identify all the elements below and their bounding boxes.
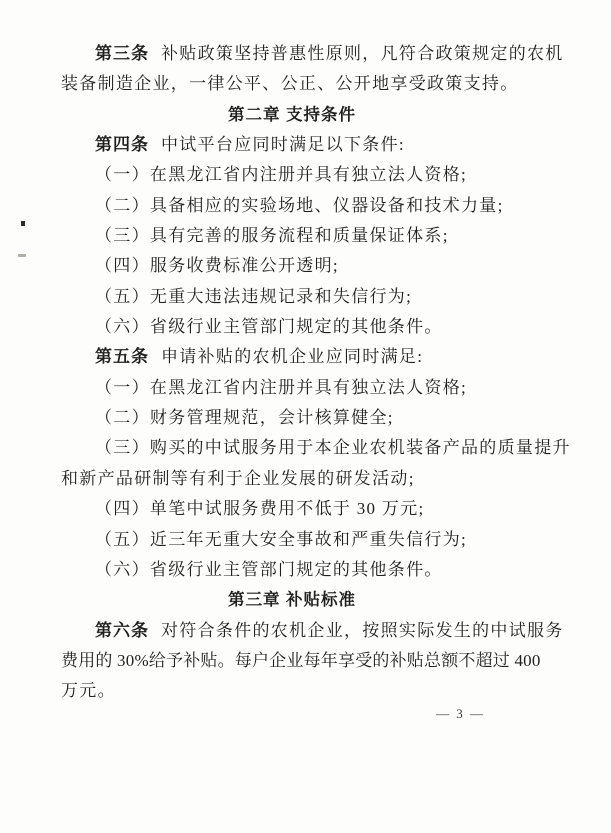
line-text: （一）在黑龙江省内注册并具有独立法人资格; bbox=[95, 165, 467, 184]
document-line: （一）在黑龙江省内注册并具有独立法人资格; bbox=[61, 373, 575, 403]
line-text: （五）无重大违法违规记录和失信行为; bbox=[95, 287, 412, 306]
page-number: — 3 — bbox=[436, 706, 485, 722]
chapter-heading-text: 第三章 补贴标准 bbox=[228, 591, 356, 609]
line-text: （六）省级行业主管部门规定的其他条件。 bbox=[95, 317, 443, 336]
document-line: 装备制造企业，一律公平、公正、公开地享受政策支持。 bbox=[61, 69, 575, 99]
document-line: 和新产品研制等有利于企业发展的研发活动; bbox=[61, 464, 575, 494]
article-label: 第六条 bbox=[95, 621, 149, 640]
line-text: （三）具有完善的服务流程和质量保证体系; bbox=[95, 226, 449, 245]
document-body: 第三条补贴政策坚持普惠性原则，凡符合政策规定的农机 装备制造企业，一律公平、公正… bbox=[61, 39, 575, 707]
line-text: 对符合条件的农机企业，按照实际发生的中试服务 bbox=[161, 621, 564, 640]
scanned-page: 第三条补贴政策坚持普惠性原则，凡符合政策规定的农机 装备制造企业，一律公平、公正… bbox=[0, 0, 611, 833]
line-text: （二）具备相应的实验场地、仪器设备和技术力量; bbox=[95, 196, 504, 215]
line-text: （六）省级行业主管部门规定的其他条件。 bbox=[95, 560, 443, 579]
line-text: （一）在黑龙江省内注册并具有独立法人资格; bbox=[95, 378, 467, 397]
document-line: （三）具有完善的服务流程和质量保证体系; bbox=[61, 221, 575, 251]
document-line: 第四条中试平台应同时满足以下条件: bbox=[61, 130, 575, 160]
document-line: 第六条对符合条件的农机企业，按照实际发生的中试服务 bbox=[61, 616, 575, 646]
document-line: （二）财务管理规范，会计核算健全; bbox=[61, 403, 575, 433]
document-line: 第三条补贴政策坚持普惠性原则，凡符合政策规定的农机 bbox=[61, 39, 575, 69]
line-text: 申请补贴的农机企业应同时满足: bbox=[161, 347, 423, 366]
chapter-heading: 第二章 支持条件 bbox=[35, 100, 549, 130]
chapter-heading: 第三章 补贴标准 bbox=[35, 585, 549, 615]
line-text: 万元。 bbox=[61, 681, 116, 700]
article-label: 第四条 bbox=[95, 135, 149, 154]
line-text: 费用的 30%给予补贴。每户企业每年享受的补贴总额不超过 400 bbox=[61, 651, 541, 670]
document-line: （一）在黑龙江省内注册并具有独立法人资格; bbox=[61, 160, 575, 190]
line-text: （四）单笔中试服务费用不低于 30 万元; bbox=[95, 499, 425, 518]
document-line: （六）省级行业主管部门规定的其他条件。 bbox=[61, 555, 575, 585]
chapter-heading-text: 第二章 支持条件 bbox=[228, 106, 356, 124]
article-label: 第五条 bbox=[95, 347, 149, 366]
document-line: （四）服务收费标准公开透明; bbox=[61, 251, 575, 281]
document-line: （五）近三年无重大安全事故和严重失信行为; bbox=[61, 525, 575, 555]
line-text: （四）服务收费标准公开透明; bbox=[95, 256, 339, 275]
line-text: （二）财务管理规范，会计核算健全; bbox=[95, 408, 394, 427]
line-text: （三）购买的中试服务用于本企业农机装备产品的质量提升 bbox=[95, 438, 571, 457]
article-label: 第三条 bbox=[95, 44, 149, 63]
document-line: （五）无重大违法违规记录和失信行为; bbox=[61, 282, 575, 312]
line-text: 和新产品研制等有利于企业发展的研发活动; bbox=[61, 469, 415, 488]
document-line: （四）单笔中试服务费用不低于 30 万元; bbox=[61, 494, 575, 524]
document-line: （六）省级行业主管部门规定的其他条件。 bbox=[61, 312, 575, 342]
document-line: 费用的 30%给予补贴。每户企业每年享受的补贴总额不超过 400 bbox=[61, 646, 575, 676]
line-text: 补贴政策坚持普惠性原则，凡符合政策规定的农机 bbox=[161, 44, 564, 63]
line-text: （五）近三年无重大安全事故和严重失信行为; bbox=[95, 530, 467, 549]
scan-artifact-dash bbox=[18, 254, 26, 257]
line-text: 中试平台应同时满足以下条件: bbox=[161, 135, 405, 154]
scan-artifact-dot bbox=[21, 221, 25, 226]
line-text: 装备制造企业，一律公平、公正、公开地享受政策支持。 bbox=[61, 74, 519, 93]
document-line: （三）购买的中试服务用于本企业农机装备产品的质量提升 bbox=[61, 433, 575, 463]
document-line: 第五条申请补贴的农机企业应同时满足: bbox=[61, 342, 575, 372]
document-line: 万元。 bbox=[61, 676, 575, 706]
document-line: （二）具备相应的实验场地、仪器设备和技术力量; bbox=[61, 191, 575, 221]
